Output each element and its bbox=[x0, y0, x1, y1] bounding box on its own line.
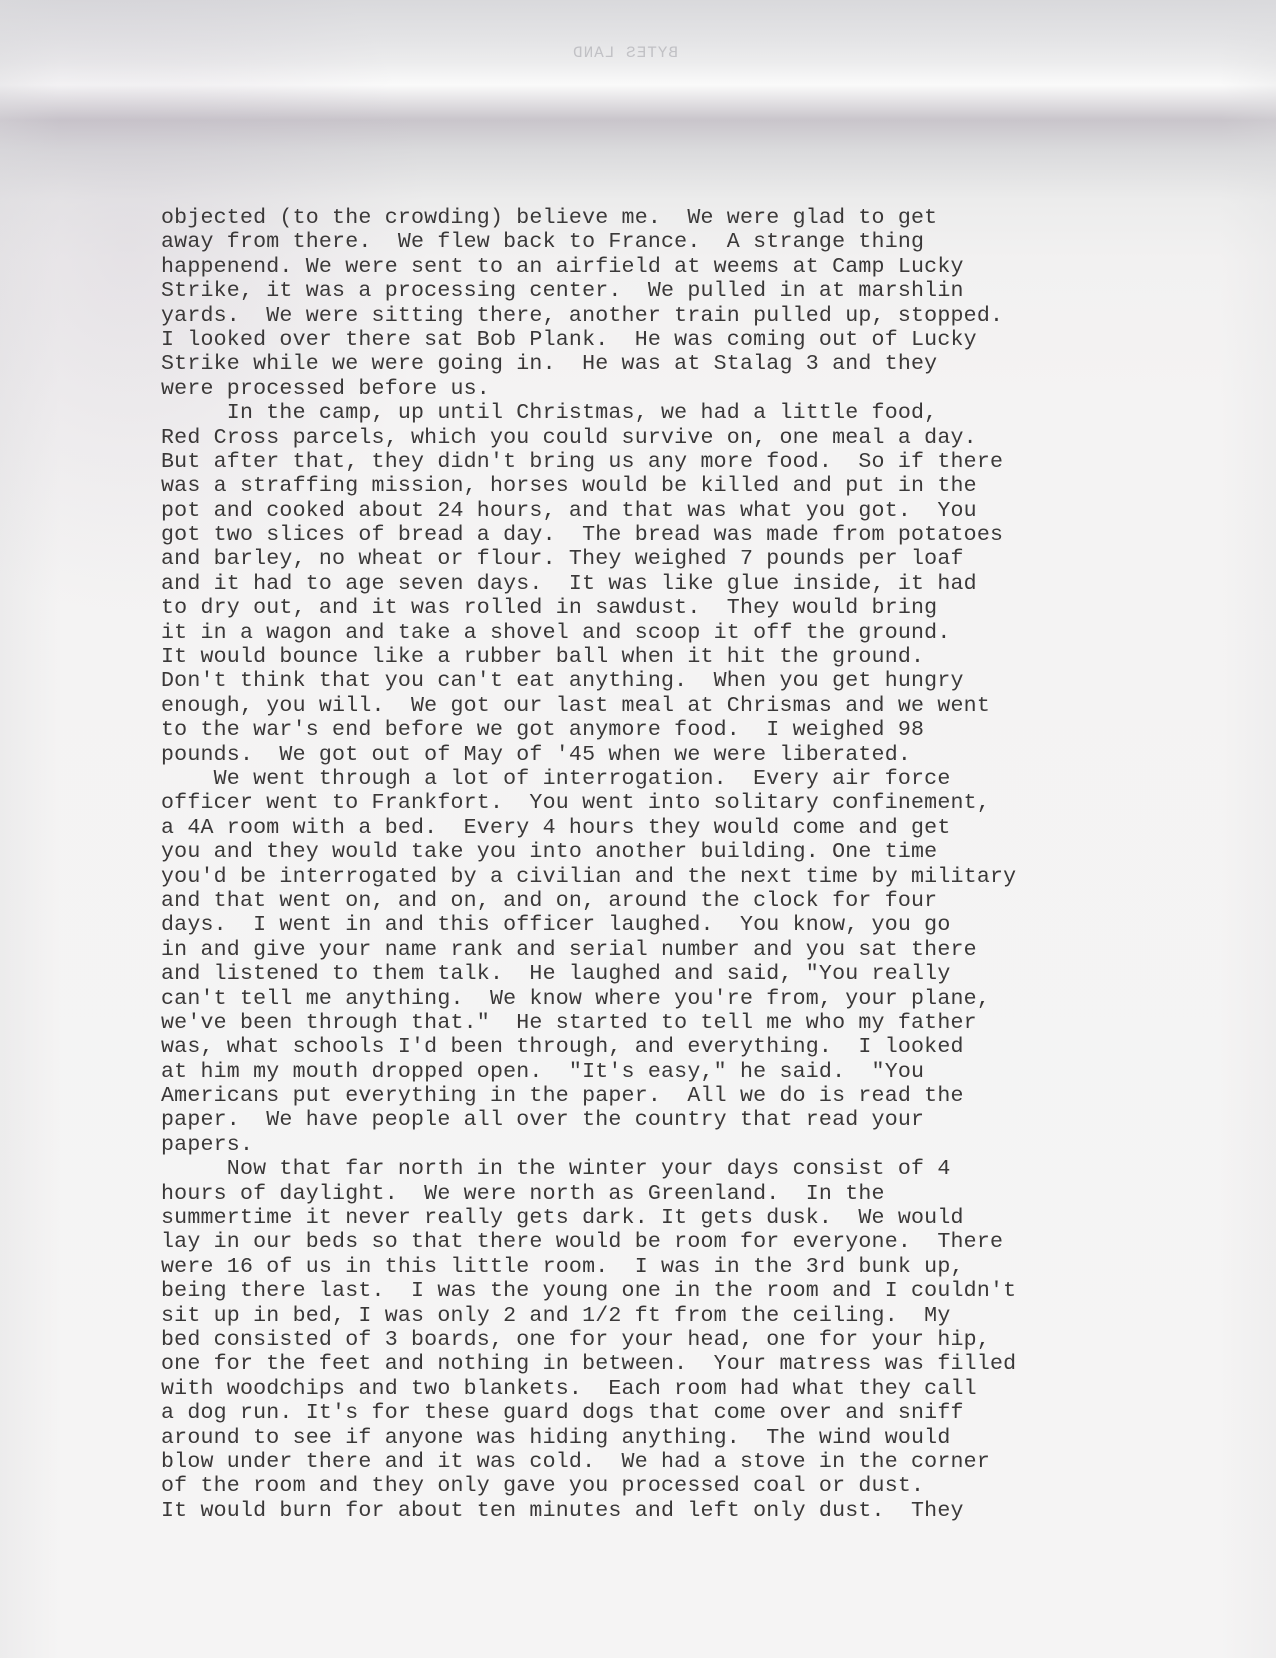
text-line: Don't think that you can't eat anything.… bbox=[161, 669, 1161, 693]
text-line: paper. We have people all over the count… bbox=[161, 1108, 1161, 1132]
text-line: to dry out, and it was rolled in sawdust… bbox=[161, 596, 1161, 620]
text-line: happenend. We were sent to an airfield a… bbox=[161, 255, 1161, 279]
text-line: one for the feet and nothing in between.… bbox=[161, 1352, 1161, 1376]
text-line: summertime it never really gets dark. It… bbox=[161, 1206, 1161, 1230]
text-line: objected (to the crowding) believe me. W… bbox=[161, 206, 1161, 230]
text-line: pounds. We got out of May of '45 when we… bbox=[161, 743, 1161, 767]
text-line: lay in our beds so that there would be r… bbox=[161, 1230, 1161, 1254]
text-line: around to see if anyone was hiding anyth… bbox=[161, 1426, 1161, 1450]
text-line: were 16 of us in this little room. I was… bbox=[161, 1255, 1161, 1279]
text-line: got two slices of bread a day. The bread… bbox=[161, 523, 1161, 547]
text-line: you'd be interrogated by a civilian and … bbox=[161, 865, 1161, 889]
text-line: yards. We were sitting there, another tr… bbox=[161, 304, 1161, 328]
text-line: you and they would take you into another… bbox=[161, 840, 1161, 864]
text-line: and it had to age seven days. It was lik… bbox=[161, 572, 1161, 596]
typewritten-body: objected (to the crowding) believe me. W… bbox=[161, 206, 1161, 1523]
text-line: days. I went in and this officer laughed… bbox=[161, 913, 1161, 937]
text-line: We went through a lot of interrogation. … bbox=[161, 767, 1161, 791]
text-line: Americans put everything in the paper. A… bbox=[161, 1084, 1161, 1108]
text-line: In the camp, up until Christmas, we had … bbox=[161, 401, 1161, 425]
text-line: Strike, it was a processing center. We p… bbox=[161, 279, 1161, 303]
text-line: and barley, no wheat or flour. They weig… bbox=[161, 547, 1161, 571]
text-line: blow under there and it was cold. We had… bbox=[161, 1450, 1161, 1474]
text-line: a dog run. It's for these guard dogs tha… bbox=[161, 1401, 1161, 1425]
text-line: pot and cooked about 24 hours, and that … bbox=[161, 499, 1161, 523]
text-line: a 4A room with a bed. Every 4 hours they… bbox=[161, 816, 1161, 840]
text-line: was a straffing mission, horses would be… bbox=[161, 474, 1161, 498]
text-line: with woodchips and two blankets. Each ro… bbox=[161, 1377, 1161, 1401]
text-line: sit up in bed, I was only 2 and 1/2 ft f… bbox=[161, 1304, 1161, 1328]
text-line: can't tell me anything. We know where yo… bbox=[161, 987, 1161, 1011]
bleed-through-header: BYTES LAND bbox=[572, 44, 678, 62]
text-line: were processed before us. bbox=[161, 377, 1161, 401]
text-line: It would bounce like a rubber ball when … bbox=[161, 645, 1161, 669]
text-line: Strike while we were going in. He was at… bbox=[161, 352, 1161, 376]
text-line: at him my mouth dropped open. "It's easy… bbox=[161, 1060, 1161, 1084]
text-line: Red Cross parcels, which you could survi… bbox=[161, 426, 1161, 450]
text-line: But after that, they didn't bring us any… bbox=[161, 450, 1161, 474]
text-line: we've been through that." He started to … bbox=[161, 1011, 1161, 1035]
text-line: It would burn for about ten minutes and … bbox=[161, 1499, 1161, 1523]
text-line: enough, you will. We got our last meal a… bbox=[161, 694, 1161, 718]
text-line: away from there. We flew back to France.… bbox=[161, 230, 1161, 254]
text-line: being there last. I was the young one in… bbox=[161, 1279, 1161, 1303]
text-line: bed consisted of 3 boards, one for your … bbox=[161, 1328, 1161, 1352]
text-line: officer went to Frankfort. You went into… bbox=[161, 791, 1161, 815]
text-line: Now that far north in the winter your da… bbox=[161, 1157, 1161, 1181]
text-line: was, what schools I'd been through, and … bbox=[161, 1035, 1161, 1059]
text-line: of the room and they only gave you proce… bbox=[161, 1474, 1161, 1498]
text-line: in and give your name rank and serial nu… bbox=[161, 938, 1161, 962]
scanned-page: BYTES LAND objected (to the crowding) be… bbox=[0, 0, 1276, 1658]
text-line: papers. bbox=[161, 1133, 1161, 1157]
text-line: hours of daylight. We were north as Gree… bbox=[161, 1182, 1161, 1206]
text-line: I looked over there sat Bob Plank. He wa… bbox=[161, 328, 1161, 352]
text-line: and listened to them talk. He laughed an… bbox=[161, 962, 1161, 986]
text-line: to the war's end before we got anymore f… bbox=[161, 718, 1161, 742]
text-line: it in a wagon and take a shovel and scoo… bbox=[161, 621, 1161, 645]
text-line: and that went on, and on, and on, around… bbox=[161, 889, 1161, 913]
